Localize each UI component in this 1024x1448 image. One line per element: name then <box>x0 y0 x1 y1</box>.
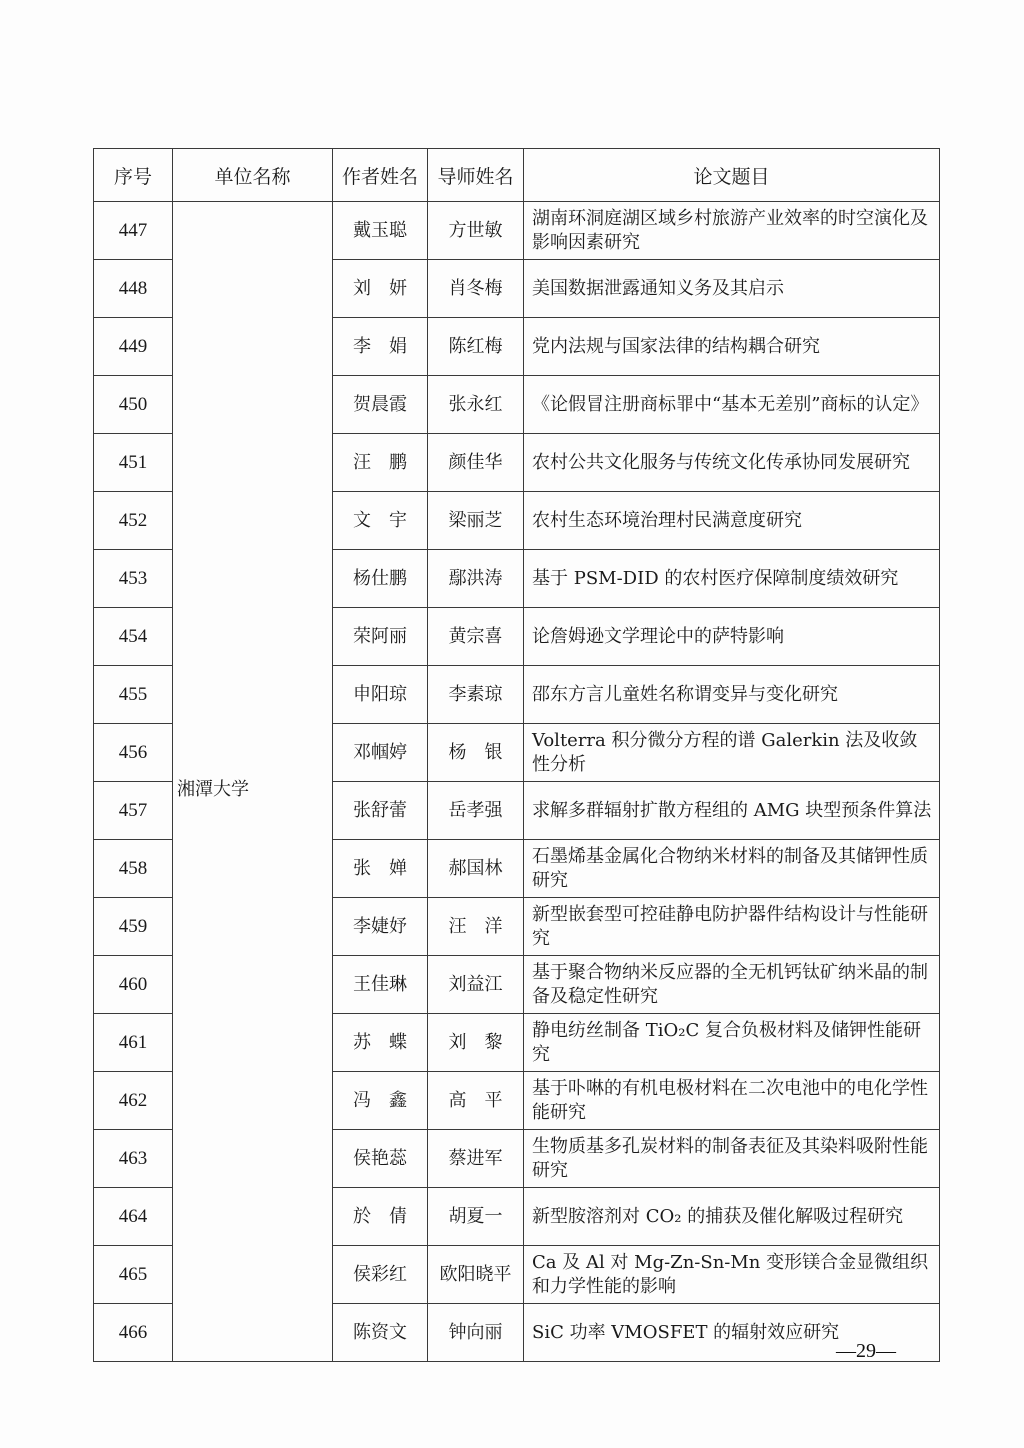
thesis-title-cell: Ca 及 Al 对 Mg-Zn-Sn-Mn 变形镁合金显微组织和力学性能的影响 <box>524 1246 940 1304</box>
thesis-title-cell: 《论假冒注册商标罪中“基本无差别”商标的认定》 <box>524 376 940 434</box>
thesis-title-cell: 新型胺溶剂对 CO₂ 的捕获及催化解吸过程研究 <box>524 1188 940 1246</box>
serial-number-cell: 452 <box>94 492 173 550</box>
author-name-cell: 王佳琳 <box>333 956 428 1014</box>
serial-number-cell: 448 <box>94 260 173 318</box>
author-name-cell: 李 娟 <box>333 318 428 376</box>
serial-number-cell: 450 <box>94 376 173 434</box>
advisor-name-cell: 钟向丽 <box>428 1304 524 1362</box>
unit-name-cell: 湘潭大学 <box>173 202 333 1362</box>
advisor-name-cell: 张永红 <box>428 376 524 434</box>
table-body: 447湘潭大学戴玉聪方世敏湖南环洞庭湖区域乡村旅游产业效率的时空演化及影响因素研… <box>94 202 940 1362</box>
thesis-title-cell: 美国数据泄露通知义务及其启示 <box>524 260 940 318</box>
thesis-title-cell: 论詹姆逊文学理论中的萨特影响 <box>524 608 940 666</box>
advisor-name-cell: 杨 银 <box>428 724 524 782</box>
serial-number-cell: 463 <box>94 1130 173 1188</box>
author-name-cell: 戴玉聪 <box>333 202 428 260</box>
thesis-title-cell: 生物质基多孔炭材料的制备表征及其染料吸附性能研究 <box>524 1130 940 1188</box>
advisor-name-cell: 郝国林 <box>428 840 524 898</box>
serial-number-cell: 460 <box>94 956 173 1014</box>
document-page: 序号 单位名称 作者姓名 导师姓名 论文题目 447湘潭大学戴玉聪方世敏湖南环洞… <box>0 0 1024 1448</box>
thesis-title-cell: 农村公共文化服务与传统文化传承协同发展研究 <box>524 434 940 492</box>
header-unit-name: 单位名称 <box>173 149 333 202</box>
thesis-title-cell: 基于 PSM-DID 的农村医疗保障制度绩效研究 <box>524 550 940 608</box>
advisor-name-cell: 岳孝强 <box>428 782 524 840</box>
thesis-title-cell: 求解多群辐射扩散方程组的 AMG 块型预条件算法 <box>524 782 940 840</box>
header-author-name: 作者姓名 <box>333 149 428 202</box>
table-row: 447湘潭大学戴玉聪方世敏湖南环洞庭湖区域乡村旅游产业效率的时空演化及影响因素研… <box>94 202 940 260</box>
header-thesis-title: 论文题目 <box>524 149 940 202</box>
serial-number-cell: 449 <box>94 318 173 376</box>
serial-number-cell: 453 <box>94 550 173 608</box>
author-name-cell: 侯彩红 <box>333 1246 428 1304</box>
serial-number-cell: 459 <box>94 898 173 956</box>
advisor-name-cell: 刘 黎 <box>428 1014 524 1072</box>
thesis-title-cell: 邵东方言儿童姓名称谓变异与变化研究 <box>524 666 940 724</box>
thesis-title-cell: 党内法规与国家法律的结构耦合研究 <box>524 318 940 376</box>
author-name-cell: 於 倩 <box>333 1188 428 1246</box>
advisor-name-cell: 方世敏 <box>428 202 524 260</box>
advisor-name-cell: 陈红梅 <box>428 318 524 376</box>
author-name-cell: 文 宇 <box>333 492 428 550</box>
page-number: —29— <box>836 1340 896 1363</box>
advisor-name-cell: 蔡进军 <box>428 1130 524 1188</box>
author-name-cell: 刘 妍 <box>333 260 428 318</box>
author-name-cell: 申阳琼 <box>333 666 428 724</box>
advisor-name-cell: 梁丽芝 <box>428 492 524 550</box>
author-name-cell: 邓帼婷 <box>333 724 428 782</box>
thesis-title-cell: 静电纺丝制备 TiO₂C 复合负极材料及储钾性能研究 <box>524 1014 940 1072</box>
header-serial-number: 序号 <box>94 149 173 202</box>
author-name-cell: 冯 鑫 <box>333 1072 428 1130</box>
advisor-name-cell: 高 平 <box>428 1072 524 1130</box>
author-name-cell: 陈资文 <box>333 1304 428 1362</box>
unit-name-label: 湘潭大学 <box>177 779 249 800</box>
advisor-name-cell: 黄宗喜 <box>428 608 524 666</box>
table-header-row: 序号 单位名称 作者姓名 导师姓名 论文题目 <box>94 149 940 202</box>
thesis-award-table: 序号 单位名称 作者姓名 导师姓名 论文题目 447湘潭大学戴玉聪方世敏湖南环洞… <box>93 148 940 1362</box>
serial-number-cell: 457 <box>94 782 173 840</box>
thesis-title-cell: 农村生态环境治理村民满意度研究 <box>524 492 940 550</box>
author-name-cell: 张舒蕾 <box>333 782 428 840</box>
advisor-name-cell: 汪 洋 <box>428 898 524 956</box>
serial-number-cell: 456 <box>94 724 173 782</box>
serial-number-cell: 458 <box>94 840 173 898</box>
author-name-cell: 张 婵 <box>333 840 428 898</box>
advisor-name-cell: 欧阳晓平 <box>428 1246 524 1304</box>
author-name-cell: 杨仕鹏 <box>333 550 428 608</box>
serial-number-cell: 455 <box>94 666 173 724</box>
thesis-title-cell: 基于聚合物纳米反应器的全无机钙钛矿纳米晶的制备及稳定性研究 <box>524 956 940 1014</box>
thesis-title-cell: 新型嵌套型可控硅静电防护器件结构设计与性能研究 <box>524 898 940 956</box>
author-name-cell: 侯艳蕊 <box>333 1130 428 1188</box>
author-name-cell: 荣阿丽 <box>333 608 428 666</box>
thesis-title-cell: 基于卟啉的有机电极材料在二次电池中的电化学性能研究 <box>524 1072 940 1130</box>
serial-number-cell: 462 <box>94 1072 173 1130</box>
thesis-title-cell: Volterra 积分微分方程的谱 Galerkin 法及收敛性分析 <box>524 724 940 782</box>
advisor-name-cell: 肖冬梅 <box>428 260 524 318</box>
serial-number-cell: 454 <box>94 608 173 666</box>
author-name-cell: 李婕妤 <box>333 898 428 956</box>
thesis-title-cell: 石墨烯基金属化合物纳米材料的制备及其储钾性质研究 <box>524 840 940 898</box>
advisor-name-cell: 刘益江 <box>428 956 524 1014</box>
author-name-cell: 苏 蝶 <box>333 1014 428 1072</box>
serial-number-cell: 447 <box>94 202 173 260</box>
header-advisor-name: 导师姓名 <box>428 149 524 202</box>
advisor-name-cell: 鄢洪涛 <box>428 550 524 608</box>
author-name-cell: 贺晨霞 <box>333 376 428 434</box>
serial-number-cell: 451 <box>94 434 173 492</box>
thesis-title-cell: 湖南环洞庭湖区域乡村旅游产业效率的时空演化及影响因素研究 <box>524 202 940 260</box>
serial-number-cell: 464 <box>94 1188 173 1246</box>
serial-number-cell: 465 <box>94 1246 173 1304</box>
serial-number-cell: 466 <box>94 1304 173 1362</box>
author-name-cell: 汪 鹏 <box>333 434 428 492</box>
serial-number-cell: 461 <box>94 1014 173 1072</box>
advisor-name-cell: 李素琼 <box>428 666 524 724</box>
advisor-name-cell: 颜佳华 <box>428 434 524 492</box>
advisor-name-cell: 胡夏一 <box>428 1188 524 1246</box>
